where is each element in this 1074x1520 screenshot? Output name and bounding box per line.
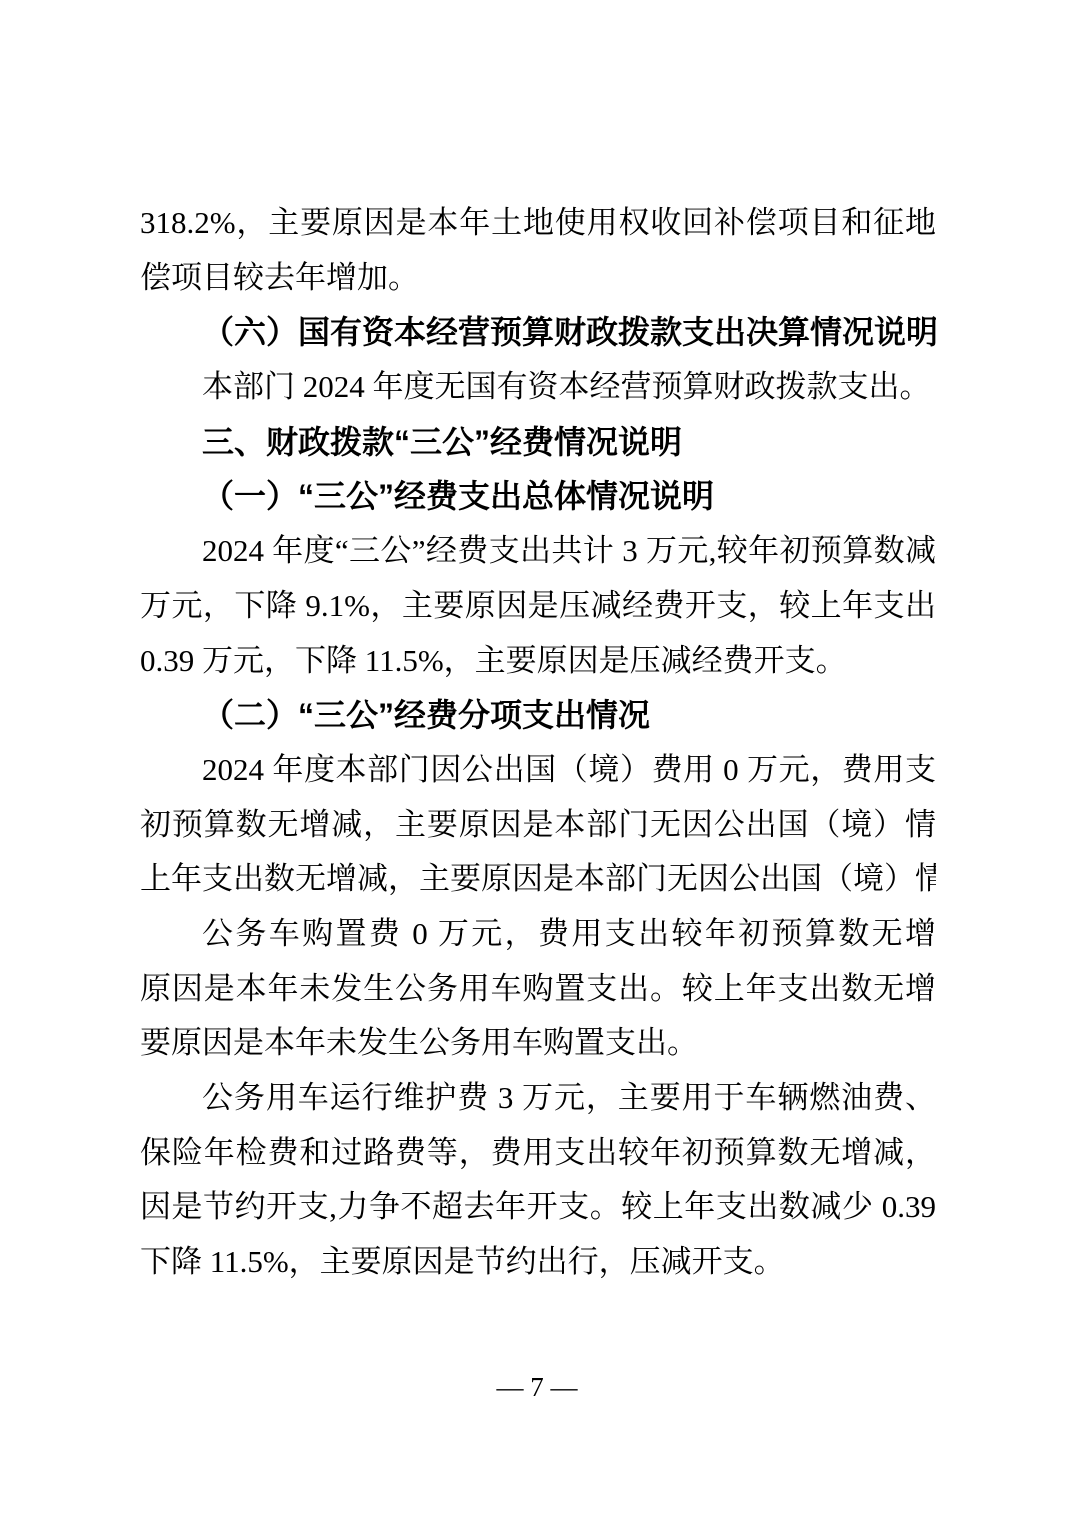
paragraph-line: 2024 年度本部门因公出国（境）费用 0 万元，费用支出较年 xyxy=(140,743,936,798)
paragraph-line: 公务车购置费 0 万元，费用支出较年初预算数无增减，主要 xyxy=(140,907,936,962)
section-heading-yi: （一）“三公”经费支出总体情况说明 xyxy=(140,469,936,524)
paragraph-line: 2024 年度“三公”经费支出共计 3 万元,较年初预算数减少 0.3 xyxy=(140,524,936,579)
document-body: 318.2%，主要原因是本年土地使用权收回补偿项目和征地拆迁补 偿项目较去年增加… xyxy=(140,196,936,1290)
document-page: 318.2%，主要原因是本年土地使用权收回补偿项目和征地拆迁补 偿项目较去年增加… xyxy=(0,0,1074,1520)
paragraph-line: 保险年检费和过路费等，费用支出较年初预算数无增减，主要原 xyxy=(140,1126,936,1181)
paragraph-line: 因是节约开支,力争不超去年开支。较上年支出数减少 0.39 万元， xyxy=(140,1180,936,1235)
paragraph-line: 318.2%，主要原因是本年土地使用权收回补偿项目和征地拆迁补 xyxy=(140,196,936,251)
paragraph-line: 万元，下降 9.1%，主要原因是压减经费开支，较上年支出数减少 xyxy=(140,579,936,634)
paragraph-line: 0.39 万元，下降 11.5%，主要原因是压减经费开支。 xyxy=(140,634,936,689)
section-heading-liu: （六）国有资本经营预算财政拨款支出决算情况说明 xyxy=(140,305,936,360)
section-heading-san: 三、财政拨款“三公”经费情况说明 xyxy=(140,415,936,470)
paragraph-line: 要原因是本年未发生公务用车购置支出。 xyxy=(140,1016,936,1071)
paragraph-line: 上年支出数无增减，主要原因是本部门无因公出国（境）情况。 xyxy=(140,852,936,907)
paragraph-line: 原因是本年未发生公务用车购置支出。较上年支出数无增减，主 xyxy=(140,962,936,1017)
paragraph-line: 公务用车运行维护费 3 万元，主要用于车辆燃油费、维修费、 xyxy=(140,1071,936,1126)
page-number: — 7 — xyxy=(0,1372,1074,1403)
paragraph-line: 初预算数无增减，主要原因是本部门无因公出国（境）情况。较 xyxy=(140,798,936,853)
paragraph-line: 偿项目较去年增加。 xyxy=(140,251,936,306)
paragraph-line: 本部门 2024 年度无国有资本经营预算财政拨款支出。 xyxy=(140,360,936,415)
paragraph-line: 下降 11.5%，主要原因是节约出行，压减开支。 xyxy=(140,1235,936,1290)
section-heading-er: （二）“三公”经费分项支出情况 xyxy=(140,688,936,743)
